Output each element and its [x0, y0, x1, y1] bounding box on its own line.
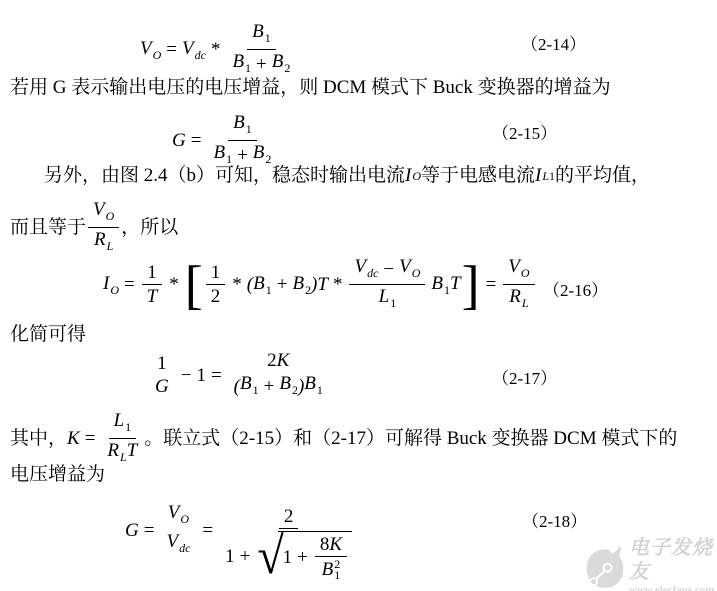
watermark-url: www.elecfans.com: [629, 584, 717, 591]
math-sub: dc: [367, 266, 378, 280]
fraction: VO RL: [88, 199, 119, 257]
fraction-numerator: L1: [109, 410, 137, 439]
math-var: G: [125, 520, 139, 542]
math-sub: L: [120, 450, 127, 464]
text-run: 而且等于: [10, 217, 86, 239]
fraction-denominator: RLT: [102, 439, 142, 468]
math-number: 2: [267, 351, 277, 371]
math-operator: =: [186, 130, 207, 152]
equation-number: （2-15）: [492, 119, 557, 144]
fraction-numerator: 1: [152, 353, 172, 375]
math-operator: =: [139, 520, 160, 542]
fraction-denominator: B21: [317, 557, 346, 582]
fraction-denominator: RL: [89, 228, 118, 257]
math-sub: 1: [390, 296, 396, 310]
equation-2-18: G = VO Vdc = 2 1 + √ 1 + 8K B21: [125, 492, 359, 569]
fraction: 2K (B1+B2)B1: [229, 350, 328, 401]
text-run: ，所以: [121, 217, 178, 239]
math-var: L: [114, 410, 125, 431]
math-var: R: [509, 286, 521, 307]
math-term: Vdc: [182, 38, 206, 63]
math-var: K: [277, 351, 290, 371]
math-term: VO: [508, 257, 529, 283]
elecfans-logo-icon: [584, 539, 626, 591]
math-term: L1: [114, 411, 132, 437]
math-operator: +: [232, 146, 253, 166]
math-var: T: [317, 274, 328, 296]
math-term: VO: [140, 38, 161, 63]
equation-2-17: 1 G − 1 = 2K (B1+B2)B1: [148, 350, 330, 401]
equation-2-15: G = B1 B1+B2: [172, 112, 278, 170]
math-operator: −: [176, 365, 197, 387]
fraction: VO RL: [503, 256, 534, 314]
math-number: 1: [283, 548, 293, 568]
math-sub: O: [412, 266, 421, 280]
math-var: B: [253, 142, 265, 163]
right-bracket: ]: [462, 260, 480, 310]
fraction-numerator: VO: [503, 256, 534, 285]
fraction: 1 G: [150, 353, 174, 398]
math-sub: L1: [542, 165, 555, 187]
fraction-denominator: (B1+B2)B1: [229, 372, 328, 401]
fraction-numerator: 1: [142, 262, 162, 285]
math-var: T: [127, 440, 138, 461]
math-operator: *: [206, 39, 226, 61]
math-var: I: [405, 165, 411, 187]
math-var: B: [292, 273, 304, 294]
text-run: 等于电感电流: [421, 165, 535, 186]
math-operator: +: [259, 377, 280, 397]
math-term: B1: [304, 374, 323, 400]
math-term: Vdc: [166, 532, 190, 558]
math-var: G: [172, 130, 186, 152]
paragraph-2: 另外，由图 2.4（b）可知，稳态时输出电流IO等于电感电流IL1的平均值，: [44, 165, 650, 187]
math-var: B: [232, 51, 244, 72]
math-term: IO: [103, 273, 119, 298]
fraction: B1 B1+B2: [227, 21, 295, 79]
math-sub: 1: [317, 383, 323, 397]
math-term: B2: [272, 52, 291, 78]
math-operator: =: [80, 428, 101, 450]
math-operator: +: [272, 274, 293, 296]
math-term: RLT: [107, 441, 137, 467]
math-operator: =: [119, 274, 140, 296]
math-term: RL: [509, 287, 528, 313]
math-term: VO: [399, 257, 420, 283]
equation-2-14: VO = Vdc * B1 B1+B2: [140, 21, 297, 79]
math-var: B: [213, 142, 225, 163]
math-sub: O: [180, 512, 189, 526]
math-var: B: [233, 112, 245, 133]
math-var: R: [107, 440, 119, 461]
math-operator: −: [378, 260, 399, 280]
fraction-numerator: Vdc−VO: [349, 256, 425, 285]
text-run: 的平均值，: [555, 165, 650, 186]
text-run: 电压增益为: [10, 464, 105, 485]
math-var: V: [166, 531, 178, 552]
math-term: B2: [292, 273, 311, 298]
math-operator: +: [292, 548, 313, 568]
radical-sign-icon: √: [257, 532, 283, 582]
fraction-denominator: 1 + √ 1 + 8K B21: [220, 529, 357, 583]
equation-number: （2-14）: [521, 30, 586, 55]
math-number: 1: [157, 354, 167, 374]
fraction-numerator: B1: [228, 112, 257, 141]
text-run: 另外，由图 2.4（b）可知，稳态时输出电流: [44, 165, 405, 186]
inline-math: IO: [405, 165, 421, 187]
math-var: V: [508, 256, 520, 277]
math-sub: 1: [265, 31, 271, 45]
fraction-numerator: 1: [206, 262, 226, 285]
math-var: I: [103, 273, 109, 294]
math-sub: 2: [265, 152, 271, 166]
math-var: L: [379, 286, 390, 307]
math-sub: L: [107, 239, 114, 253]
left-bracket: [: [185, 260, 203, 310]
fraction-denominator: T: [142, 285, 163, 308]
math-number: 2: [284, 507, 294, 527]
math-sub: O: [412, 165, 421, 187]
text-run: 其中，: [10, 428, 67, 450]
math-term: B1: [233, 113, 252, 139]
fraction: 1 T: [142, 262, 163, 308]
paragraph-4: 化简可得: [10, 324, 86, 346]
math-number: 1: [225, 547, 235, 567]
math-sub: dc: [195, 48, 206, 62]
math-operator: =: [197, 520, 218, 542]
math-term: L1: [379, 287, 397, 313]
inline-math: K = L1 RLT: [67, 410, 144, 468]
math-sub: 1: [246, 122, 252, 136]
fraction-denominator: 2: [206, 285, 226, 308]
math-var: R: [94, 229, 106, 250]
math-operator: =: [161, 39, 182, 61]
fraction: B1 B1+B2: [208, 112, 276, 170]
math-operator: *: [227, 274, 247, 296]
math-var: V: [168, 502, 180, 523]
fraction: 8K B21: [315, 534, 347, 582]
math-var: V: [140, 38, 152, 59]
math-number: 1: [196, 365, 206, 387]
math-term: B1T: [431, 273, 460, 298]
fraction-denominator: G: [150, 375, 174, 398]
math-term: VO: [168, 503, 189, 529]
fraction-denominator: RL: [504, 285, 533, 314]
equation-number: （2-16）: [543, 276, 608, 301]
fraction: Vdc−VO L1: [349, 256, 425, 314]
math-operator: =: [481, 274, 502, 296]
fraction-numerator: 8K: [315, 534, 347, 557]
radicand: 1 + 8K B21: [278, 531, 352, 582]
math-var: G: [155, 377, 169, 397]
math-sub: O: [110, 283, 119, 297]
fraction: 1 2: [206, 262, 226, 308]
math-term: VO: [93, 200, 114, 226]
fraction-numerator: VO: [163, 502, 194, 530]
math-var: B: [272, 51, 284, 72]
fraction: L1 RLT: [102, 410, 142, 468]
fraction-numerator: 2: [279, 506, 299, 529]
math-sub: 2: [284, 61, 290, 75]
math-sub: O: [521, 266, 530, 280]
math-sub: L: [522, 296, 529, 310]
math-sub: 1: [125, 420, 131, 434]
math-number: 8: [320, 535, 330, 555]
paragraph-6: 电压增益为: [10, 464, 105, 486]
fraction: 2 1 + √ 1 + 8K B21: [220, 506, 357, 583]
math-var: B: [322, 560, 334, 580]
math-var: K: [329, 535, 342, 555]
math-var: B: [240, 373, 252, 394]
math-number: 1: [211, 263, 221, 283]
math-term: B1: [240, 374, 259, 400]
elecfans-watermark: 电子发烧友 www.elecfans.com: [584, 536, 717, 591]
fraction-numerator: VO: [88, 199, 119, 228]
watermark-title: 电子发烧友: [629, 536, 717, 584]
math-operator: *: [164, 274, 184, 296]
math-operator: =: [206, 365, 227, 387]
equation-number: （2-17）: [492, 364, 557, 389]
math-var: V: [182, 38, 194, 59]
math-var: B: [304, 373, 316, 394]
math-var: T: [450, 273, 461, 294]
math-var: K: [67, 428, 80, 450]
paragraph-3: 而且等于 VO RL ，所以: [10, 199, 178, 257]
math-var: I: [535, 165, 541, 187]
fraction-numerator: 2K: [262, 350, 294, 372]
math-term: RL: [94, 230, 113, 256]
math-operator: +: [235, 547, 256, 567]
fraction: VO Vdc: [161, 502, 195, 559]
equation-2-16: IO = 1 T * [ 1 2 * ( B1 + B2 ) T * Vdc−V…: [103, 256, 537, 314]
watermark-text: 电子发烧友 www.elecfans.com: [629, 536, 717, 591]
fraction-denominator: L1: [374, 285, 402, 314]
math-sub: O: [106, 209, 115, 223]
fraction-numerator: B1: [247, 21, 276, 50]
math-term: Vdc: [354, 257, 378, 283]
sqrt-radical: √ 1 + 8K B21: [257, 531, 352, 582]
paragraph-5: 其中， K = L1 RLT 。联立式（2-15）和（2-17）可解得 Buck…: [10, 410, 677, 468]
math-term: B1: [252, 22, 271, 48]
fraction-denominator: B1+B2: [227, 50, 295, 79]
math-var: B: [279, 373, 291, 394]
math-sub-sup: 21: [334, 559, 340, 581]
math-var: B: [253, 273, 265, 294]
math-term: B1: [232, 52, 251, 78]
math-sub: O: [153, 48, 162, 62]
text-run: 化简可得: [10, 324, 86, 345]
math-var: B: [252, 21, 264, 42]
math-var: V: [93, 199, 105, 220]
equation-number: （2-18）: [522, 507, 587, 532]
math-term: B2: [279, 374, 298, 400]
paragraph-1: 若用 G 表示输出电压的电压增益，则 DCM 模式下 Buck 变换器的增益为: [10, 77, 611, 99]
math-var: T: [147, 287, 158, 307]
math-term: B1: [253, 273, 272, 298]
fraction-denominator: Vdc: [161, 530, 195, 559]
math-operator: *: [328, 274, 348, 296]
math-sub: 1: [334, 570, 340, 581]
text-run: 。联立式（2-15）和（2-17）可解得 Buck 变换器 DCM 模式下的: [144, 428, 677, 450]
math-var: V: [354, 256, 366, 277]
math-number: 2: [211, 287, 221, 307]
math-number: 1: [147, 263, 157, 283]
inline-math: IL1: [535, 165, 555, 187]
math-var: V: [399, 256, 411, 277]
math-var: B: [431, 273, 443, 294]
text-run: 若用 G 表示输出电压的电压增益，则 DCM 模式下 Buck 变换器的增益为: [10, 77, 611, 98]
math-sub: dc: [179, 541, 190, 555]
math-operator: +: [251, 55, 272, 75]
